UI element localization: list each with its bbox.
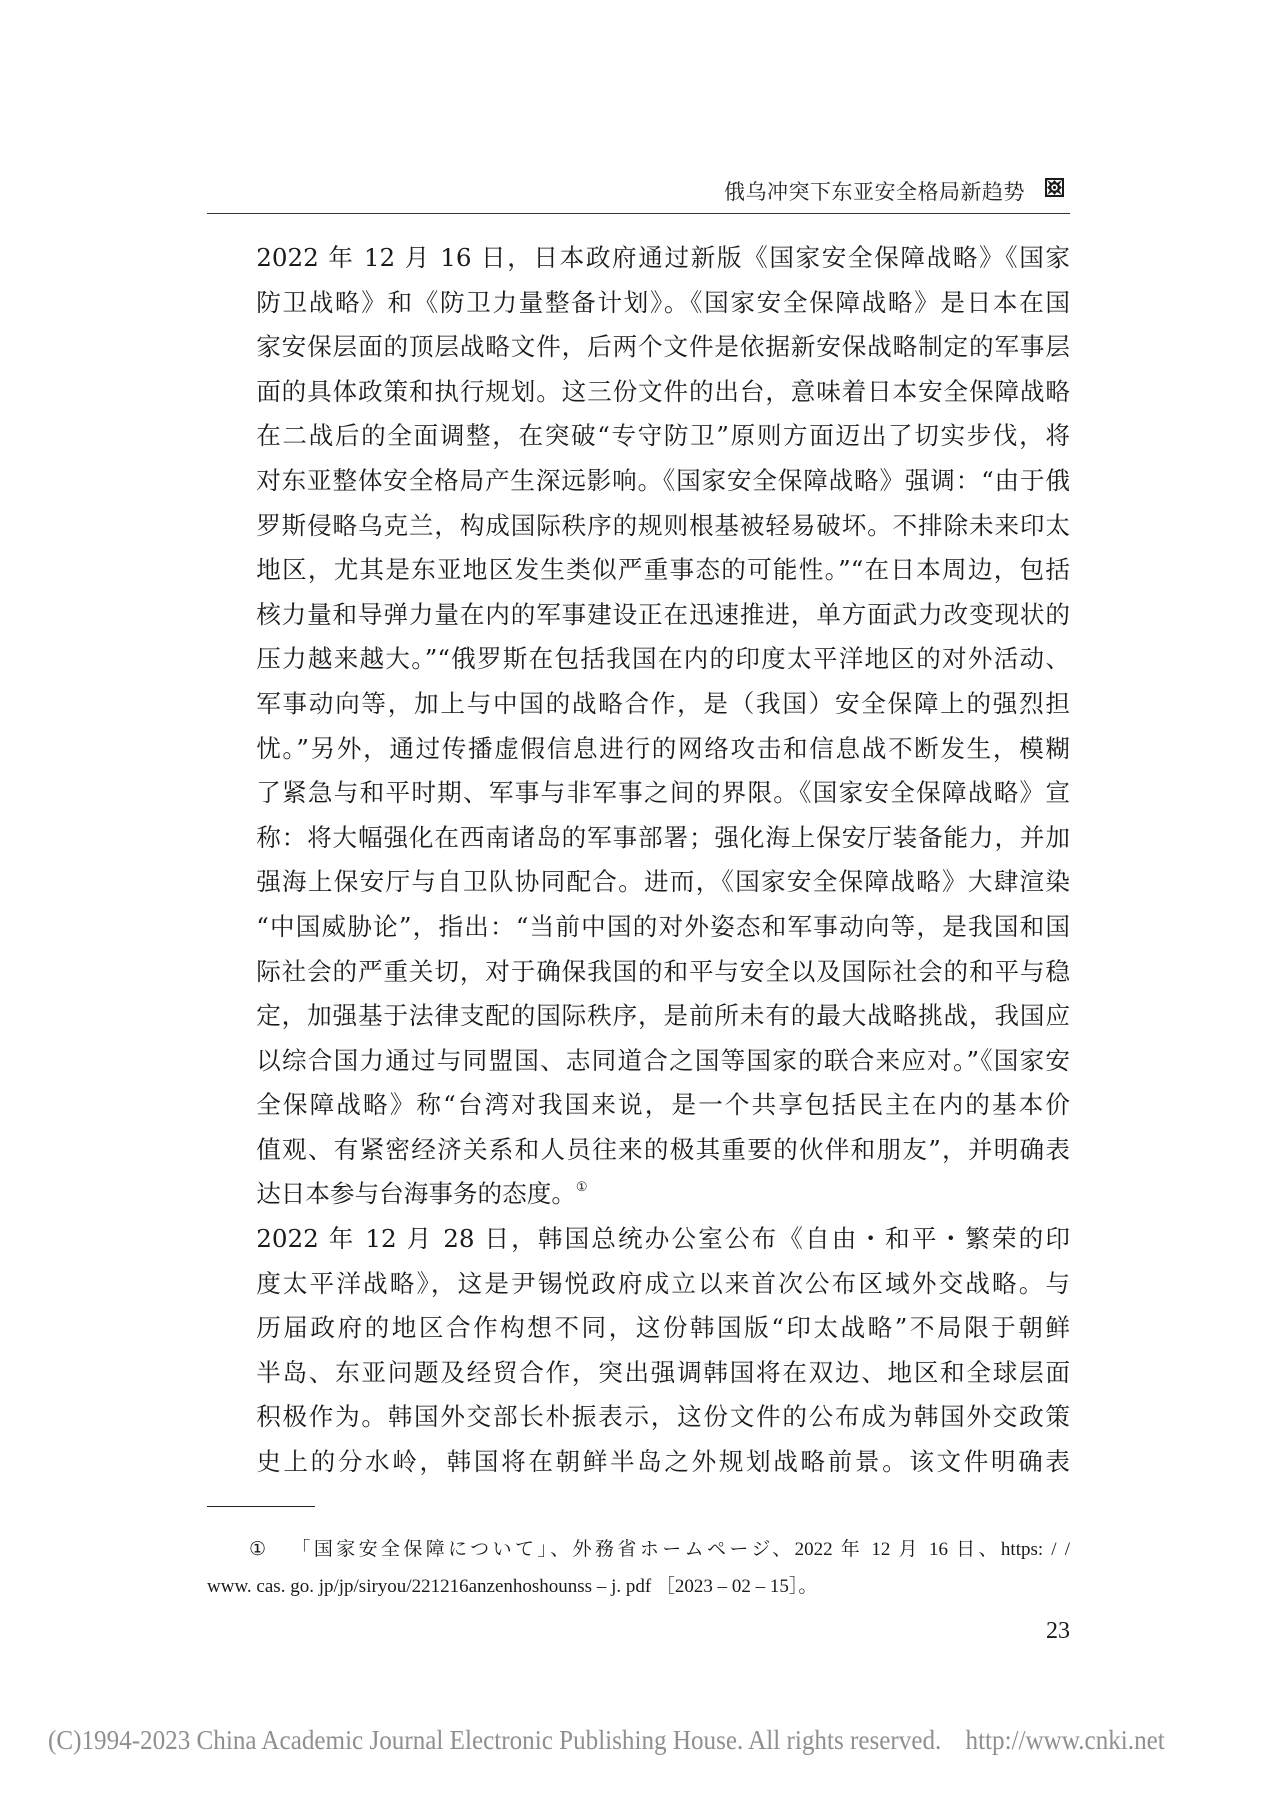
text-line: 强海上保安厅与自卫队协同配合。进而，《国家安全保障战略》大肆渲染 [207, 860, 1070, 905]
text-line: 际社会的严重关切，对于确保我国的和平与安全以及国际社会的和平与稳 [207, 950, 1070, 995]
footnote-1-line-1: ①「国家安全保障について」、外務省ホームページ、2022 年 12 月 16 日… [207, 1531, 1070, 1568]
text-line: 半岛、东亚问题及经贸合作，突出强调韩国将在双边、地区和全球层面 [207, 1351, 1070, 1396]
running-header: 俄乌冲突下东亚安全格局新趋势 [207, 174, 1070, 210]
footnote-reference-link[interactable]: ① [576, 1180, 588, 1195]
text-line: 地区，尤其是东亚地区发生类似严重事态的可能性。”“在日本周边，包括 [207, 548, 1070, 593]
running-title: 俄乌冲突下东亚安全格局新趋势 [724, 176, 1025, 206]
text-line: 史上的分水岭，韩国将在朝鲜半岛之外规划战略前景。该文件明确表 [207, 1440, 1070, 1485]
text-line: 面的具体政策和执行规划。这三份文件的出台，意味着日本安全保障战略 [207, 370, 1070, 415]
article-body: 2022 年 12 月 16 日，日本政府通过新版《国家安全保障战略》《国家 防… [207, 236, 1070, 1485]
text-line: 达日本参与台海事务的态度。 [256, 1179, 576, 1208]
paragraph-2: 2022 年 12 月 28 日，韩国总统办公室公布《自由・和平・繁荣的印 度太… [207, 1217, 1070, 1485]
text-line: 了紧急与和平时期、军事与非军事之间的界限。《国家安全保障战略》宣 [207, 771, 1070, 816]
text-line: 定，加强基于法律支配的国际秩序，是前所未有的最大战略挑战，我国应 [207, 994, 1070, 1039]
footnote-text: 「国家安全保障について」、外務省ホームページ、2022 年 12 月 16 日、… [291, 1539, 1070, 1560]
text-line: 在二战后的全面调整，在突破“专守防卫”原则方面迈出了切实步伐，将 [207, 414, 1070, 459]
text-line: 以综合国力通过与同盟国、志同道合之国等国家的联合来应对。”《国家安 [207, 1039, 1070, 1084]
footnote-separator [207, 1506, 315, 1507]
text-line: 防卫战略》和《防卫力量整备计划》。《国家安全保障战略》是日本在国 [207, 281, 1070, 326]
footnotes: ①「国家安全保障について」、外務省ホームページ、2022 年 12 月 16 日… [207, 1531, 1070, 1605]
text-line-last: 达日本参与台海事务的态度。① [207, 1172, 1070, 1217]
header-rule [207, 213, 1070, 214]
footnote-marker: ① [249, 1539, 269, 1560]
text-line: 忧。”另外，通过传播虚假信息进行的网络攻击和信息战不断发生，模糊 [207, 727, 1070, 772]
text-line: 历届政府的地区合作构想不同，这份韩国版“印太战略”不局限于朝鲜 [207, 1306, 1070, 1351]
text-line: 核力量和导弹力量在内的军事建设正在迅速推进，单方面武力改变现状的 [207, 593, 1070, 638]
text-line: 对东亚整体安全格局产生深远影响。《国家安全保障战略》强调：“由于俄 [207, 459, 1070, 504]
text-line: 积极作为。韩国外交部长朴振表示，这份文件的公布成为韩国外交政策 [207, 1395, 1070, 1440]
page-number: 23 [1020, 1618, 1070, 1645]
text-line: “中国威胁论”，指出：“当前中国的对外姿态和军事动向等，是我国和国 [207, 905, 1070, 950]
text-line: 压力越来越大。”“俄罗斯在包括我国在内的印度太平洋地区的对外活动、 [207, 637, 1070, 682]
text-line: 2022 年 12 月 16 日，日本政府通过新版《国家安全保障战略》《国家 [207, 236, 1070, 281]
paragraph-1: 2022 年 12 月 16 日，日本政府通过新版《国家安全保障战略》《国家 防… [207, 236, 1070, 1217]
copyright-text: (C)1994-2023 China Academic Journal Elec… [48, 1725, 941, 1756]
text-line: 2022 年 12 月 28 日，韩国总统办公室公布《自由・和平・繁荣的印 [207, 1217, 1070, 1262]
text-line: 值观、有紧密经济关系和人员往来的极其重要的伙伴和朋友”，并明确表 [207, 1128, 1070, 1173]
cnki-url-link[interactable]: http://www.cnki.net [966, 1725, 1165, 1756]
copyright-watermark: (C)1994-2023 China Academic Journal Elec… [48, 1725, 1165, 1756]
text-line: 罗斯侵略乌克兰，构成国际秩序的规则根基被轻易破坏。不排除未来印太 [207, 504, 1070, 549]
text-line: 军事动向等，加上与中国的战略合作，是（我国）安全保障上的强烈担 [207, 682, 1070, 727]
text-line: 度太平洋战略》，这是尹锡悦政府成立以来首次公布区域外交战略。与 [207, 1262, 1070, 1307]
text-line: 称：将大幅强化在西南诸岛的军事部署；强化海上保安厅装备能力，并加 [207, 816, 1070, 861]
text-line: 全保障战略》称“台湾对我国来说，是一个共享包括民主在内的基本价 [207, 1083, 1070, 1128]
footnote-1-line-2[interactable]: www. cas. go. jp/jp/siryou/221216anzenho… [207, 1568, 1070, 1605]
journal-page: 俄乌冲突下东亚安全格局新趋势 2022 年 12 月 16 日，日本政府通过新版… [0, 0, 1279, 1797]
text-line: 家安保层面的顶层战略文件，后两个文件是依据新安保战略制定的军事层 [207, 325, 1070, 370]
journal-emblem-icon [1045, 178, 1064, 197]
